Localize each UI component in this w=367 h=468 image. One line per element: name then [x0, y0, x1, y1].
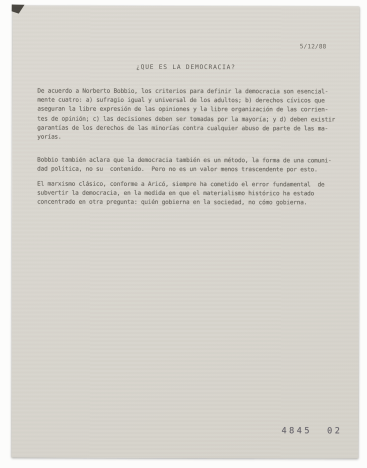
- text-line: aseguran la libre expresión de las opini…: [37, 105, 342, 115]
- document-body: De acuerdo a Norberto Bobbio, los criter…: [37, 87, 342, 208]
- paragraph-criteria: De acuerdo a Norberto Bobbio, los criter…: [37, 87, 342, 143]
- document-page: 5/12/88 ¿QUE ES LA DEMOCRACIA? De acuerd…: [11, 6, 359, 459]
- scanned-document: 5/12/88 ¿QUE ES LA DEMOCRACIA? De acuerd…: [0, 0, 367, 468]
- paragraph-method: Bobbio también aclara que la democracia …: [37, 156, 342, 175]
- date-stamp: 5/12/88: [300, 43, 327, 50]
- text-line: dad política, no su contenido. Pero no e…: [37, 165, 342, 175]
- corner-mark: [12, 5, 25, 14]
- paragraph-marxism: El marxismo clásico, conforme a Aricó, s…: [37, 179, 342, 207]
- text-line: garantías de los derechos de las minoría…: [37, 123, 342, 133]
- document-title: ¿QUE ES LA DEMOCRACIA?: [12, 64, 359, 72]
- text-line: yorías.: [37, 133, 342, 143]
- text-line: concentrado en otra pregunta: quién gobi…: [37, 198, 342, 208]
- archive-number-stamp: 4845 02: [281, 426, 342, 436]
